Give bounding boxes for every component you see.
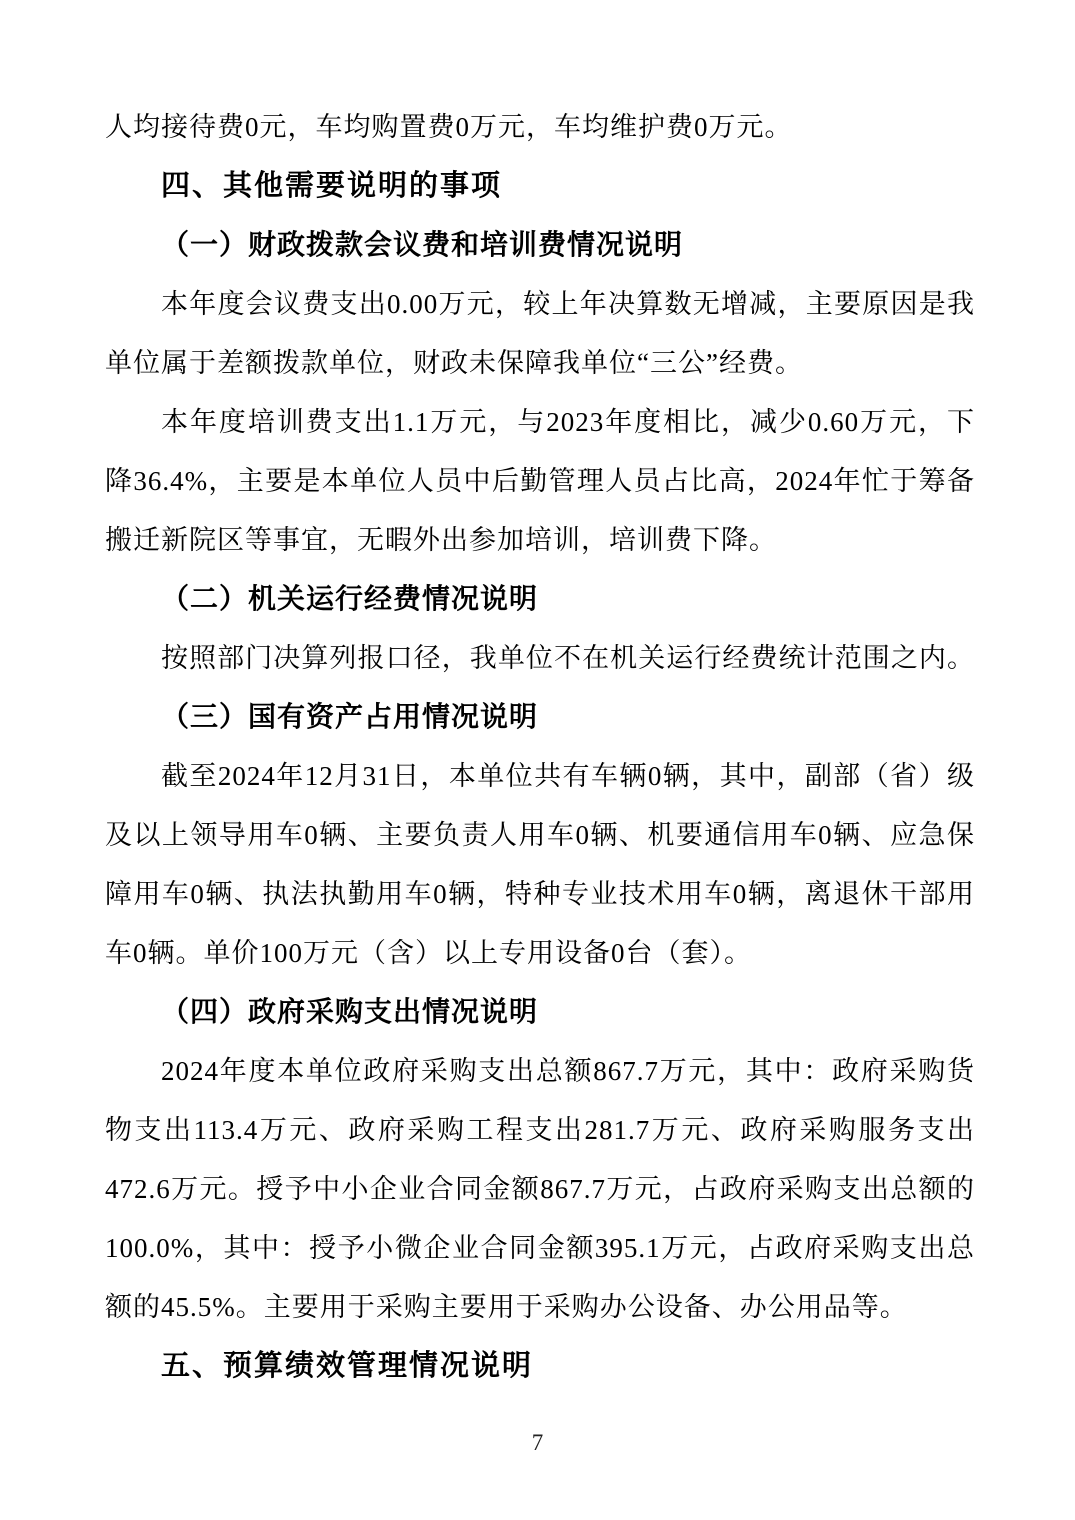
document-body: 人均接待费0元，车均购置费0万元，车均维护费0万元。 四、其他需要说明的事项 （… — [105, 98, 975, 1396]
body-line: 单位属于差额拨款单位，财政未保障我单位“三公”经费。 — [105, 334, 975, 393]
subsection-heading-4-3: （三）国有资产占用情况说明 — [105, 688, 975, 747]
body-line: 本年度会议费支出0.00万元，较上年决算数无增减，主要原因是我 — [105, 275, 975, 334]
body-line: 本年度培训费支出1.1万元，与2023年度相比，减少0.60万元，下 — [105, 393, 975, 452]
body-line: 按照部门决算列报口径，我单位不在机关运行经费统计范围之内。 — [105, 629, 975, 688]
body-line: 物支出113.4万元、政府采购工程支出281.7万元、政府采购服务支出 — [105, 1101, 975, 1160]
body-line: 472.6万元。授予中小企业合同金额867.7万元，占政府采购支出总额的 — [105, 1160, 975, 1219]
page-number: 7 — [0, 1418, 1075, 1468]
subsection-heading-4-4: （四）政府采购支出情况说明 — [105, 983, 975, 1042]
body-line: 2024年度本单位政府采购支出总额867.7万元，其中：政府采购货 — [105, 1042, 975, 1101]
section-heading-4: 四、其他需要说明的事项 — [105, 157, 975, 216]
body-line: 及以上领导用车0辆、主要负责人用车0辆、机要通信用车0辆、应急保 — [105, 806, 975, 865]
body-line: 截至2024年12月31日，本单位共有车辆0辆，其中，副部（省）级 — [105, 747, 975, 806]
document-page: 人均接待费0元，车均购置费0万元，车均维护费0万元。 四、其他需要说明的事项 （… — [0, 0, 1075, 1520]
body-line: 人均接待费0元，车均购置费0万元，车均维护费0万元。 — [105, 98, 975, 157]
body-line: 100.0%，其中：授予小微企业合同金额395.1万元，占政府采购支出总 — [105, 1219, 975, 1278]
body-line: 额的45.5%。主要用于采购主要用于采购办公设备、办公用品等。 — [105, 1278, 975, 1337]
subsection-heading-4-1: （一）财政拨款会议费和培训费情况说明 — [105, 216, 975, 275]
body-line: 降36.4%，主要是本单位人员中后勤管理人员占比高，2024年忙于筹备 — [105, 452, 975, 511]
section-heading-5: 五、预算绩效管理情况说明 — [105, 1337, 975, 1396]
subsection-heading-4-2: （二）机关运行经费情况说明 — [105, 570, 975, 629]
body-line: 车0辆。单价100万元（含）以上专用设备0台（套）。 — [105, 924, 975, 983]
body-line: 障用车0辆、执法执勤用车0辆，特种专业技术用车0辆，离退休干部用 — [105, 865, 975, 924]
body-line: 搬迁新院区等事宜，无暇外出参加培训，培训费下降。 — [105, 511, 975, 570]
